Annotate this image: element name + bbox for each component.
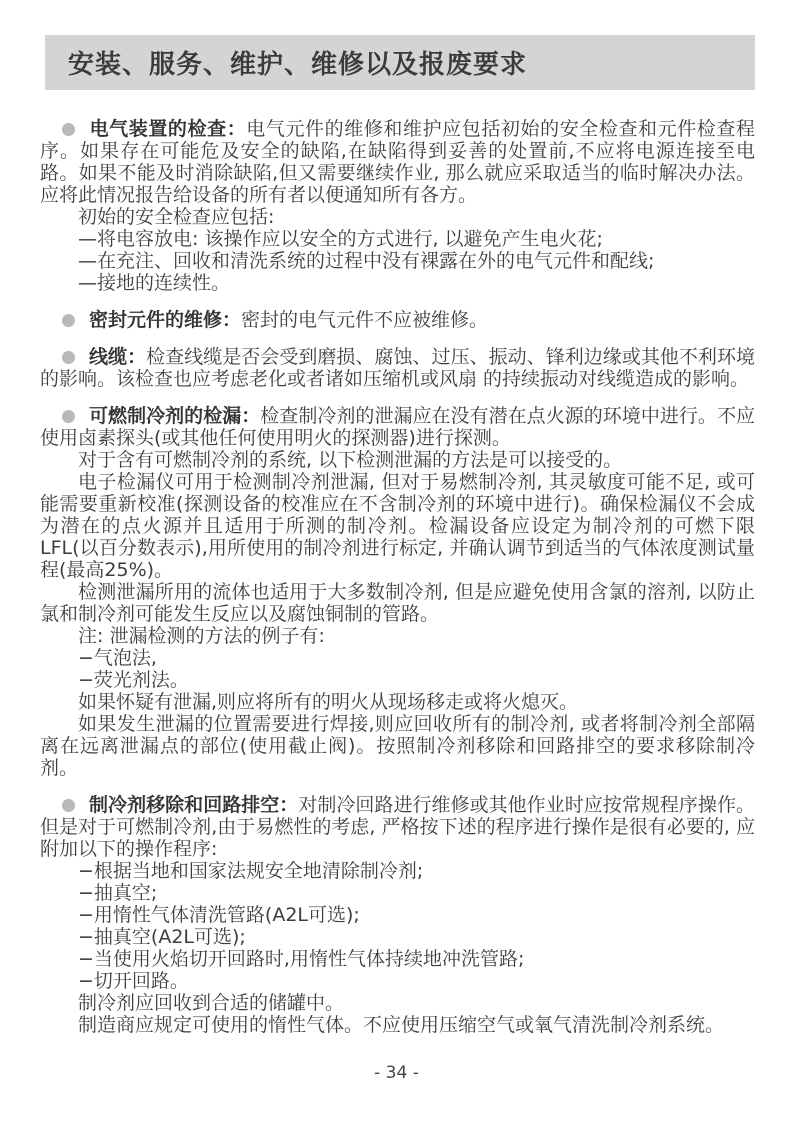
bullet-icon <box>62 314 75 327</box>
section-lead: 密封元件的维修：密封的电气元件不应被维修。 <box>40 309 755 331</box>
paragraph: 初始的安全检查应包括: <box>40 206 755 228</box>
section-lead: 电气装置的检查：电气元件的维修和维护应包括初始的安全检查和元件检查程序。如果存在… <box>40 118 755 206</box>
paragraph: —接地的连续性。 <box>40 272 755 294</box>
bullet-icon <box>62 410 75 423</box>
section-title: 电气装置的检查： <box>89 118 246 140</box>
bullet-icon <box>62 123 75 136</box>
paragraph: −气泡法, <box>40 647 755 669</box>
section-header-bar: 安装、服务、维护、维修以及报废要求 <box>45 35 755 90</box>
section-lead: 可燃制冷剂的检漏：检查制冷剂的泄漏应在没有潜在点火源的环境中进行。不应使用卤素探… <box>40 405 755 449</box>
paragraph: −荧光剂法。 <box>40 669 755 691</box>
paragraph: −根据当地和国家法规安全地清除制冷剂; <box>40 860 755 882</box>
page-number: - 34 - <box>0 1063 793 1083</box>
section-title: 线缆： <box>89 346 146 368</box>
paragraph: 检测泄漏所用的流体也适用于大多数制冷剂, 但是应避免使用含氯的溶剂, 以防止氯和… <box>40 581 755 625</box>
paragraph: −切开回路。 <box>40 970 755 992</box>
paragraph: −抽真空(A2L可选); <box>40 926 755 948</box>
paragraph: 对于含有可燃制冷剂的系统, 以下检测泄漏的方法是可以接受的。 <box>40 449 755 471</box>
section-lead: 制冷剂移除和回路排空：对制冷回路进行维修或其他作业时应按常规程序操作。 但是对于… <box>40 794 755 860</box>
section-title: 密封元件的维修： <box>89 309 241 331</box>
section-lead-text: 密封的电气元件不应被维修。 <box>241 309 488 331</box>
section-cables: 线缆：检查线缆是否会受到磨损、腐蚀、过压、振动、锋利边缘或其他不利环境的影响。该… <box>40 346 755 390</box>
paragraph: −用惰性气体清洗管路(A2L可选); <box>40 904 755 926</box>
paragraph: −当使用火焰切开回路时,用惰性气体持续地冲洗管路; <box>40 948 755 970</box>
section-title: 可燃制冷剂的检漏： <box>89 405 260 427</box>
paragraph: 如果发生泄漏的位置需要进行焊接,则应回收所有的制冷剂, 或者将制冷剂全部隔离在远… <box>40 713 755 779</box>
bullet-icon <box>62 351 75 364</box>
section-refrigerant-removal-evacuation: 制冷剂移除和回路排空：对制冷回路进行维修或其他作业时应按常规程序操作。 但是对于… <box>40 794 755 1036</box>
section-lead-text: 检查线缆是否会受到磨损、腐蚀、过压、振动、锋利边缘或其他不利环境的影响。该检查也… <box>40 346 755 390</box>
section-lead: 线缆：检查线缆是否会受到磨损、腐蚀、过压、振动、锋利边缘或其他不利环境的影响。该… <box>40 346 755 390</box>
paragraph: —在充注、回收和清洗系统的过程中没有裸露在外的电气元件和配线; <box>40 250 755 272</box>
paragraph: 制冷剂应回收到合适的储罐中。 <box>40 992 755 1014</box>
paragraph: 如果怀疑有泄漏,则应将所有的明火从现场移走或将火熄灭。 <box>40 691 755 713</box>
document-body: 电气装置的检查：电气元件的维修和维护应包括初始的安全检查和元件检查程序。如果存在… <box>40 112 755 1036</box>
paragraph: 注: 泄漏检测的方法的例子有: <box>40 625 755 647</box>
section-electrical-inspection: 电气装置的检查：电气元件的维修和维护应包括初始的安全检查和元件检查程序。如果存在… <box>40 118 755 294</box>
paragraph: −抽真空; <box>40 882 755 904</box>
section-title: 制冷剂移除和回路排空： <box>89 794 298 816</box>
paragraph: 制造商应规定可使用的惰性气体。不应使用压缩空气或氧气清洗制冷剂系统。 <box>40 1014 755 1036</box>
bullet-icon <box>62 799 75 812</box>
section-sealed-components: 密封元件的维修：密封的电气元件不应被维修。 <box>40 309 755 331</box>
paragraph: —将电容放电: 该操作应以安全的方式进行, 以避免产生电火花; <box>40 228 755 250</box>
paragraph: 电子检漏仪可用于检测制冷剂泄漏, 但对于易燃制冷剂, 其灵敏度可能不足, 或可能… <box>40 471 755 581</box>
section-flammable-refrigerant-leak-detection: 可燃制冷剂的检漏：检查制冷剂的泄漏应在没有潜在点火源的环境中进行。不应使用卤素探… <box>40 405 755 779</box>
page-title: 安装、服务、维护、维修以及报废要求 <box>45 44 527 81</box>
